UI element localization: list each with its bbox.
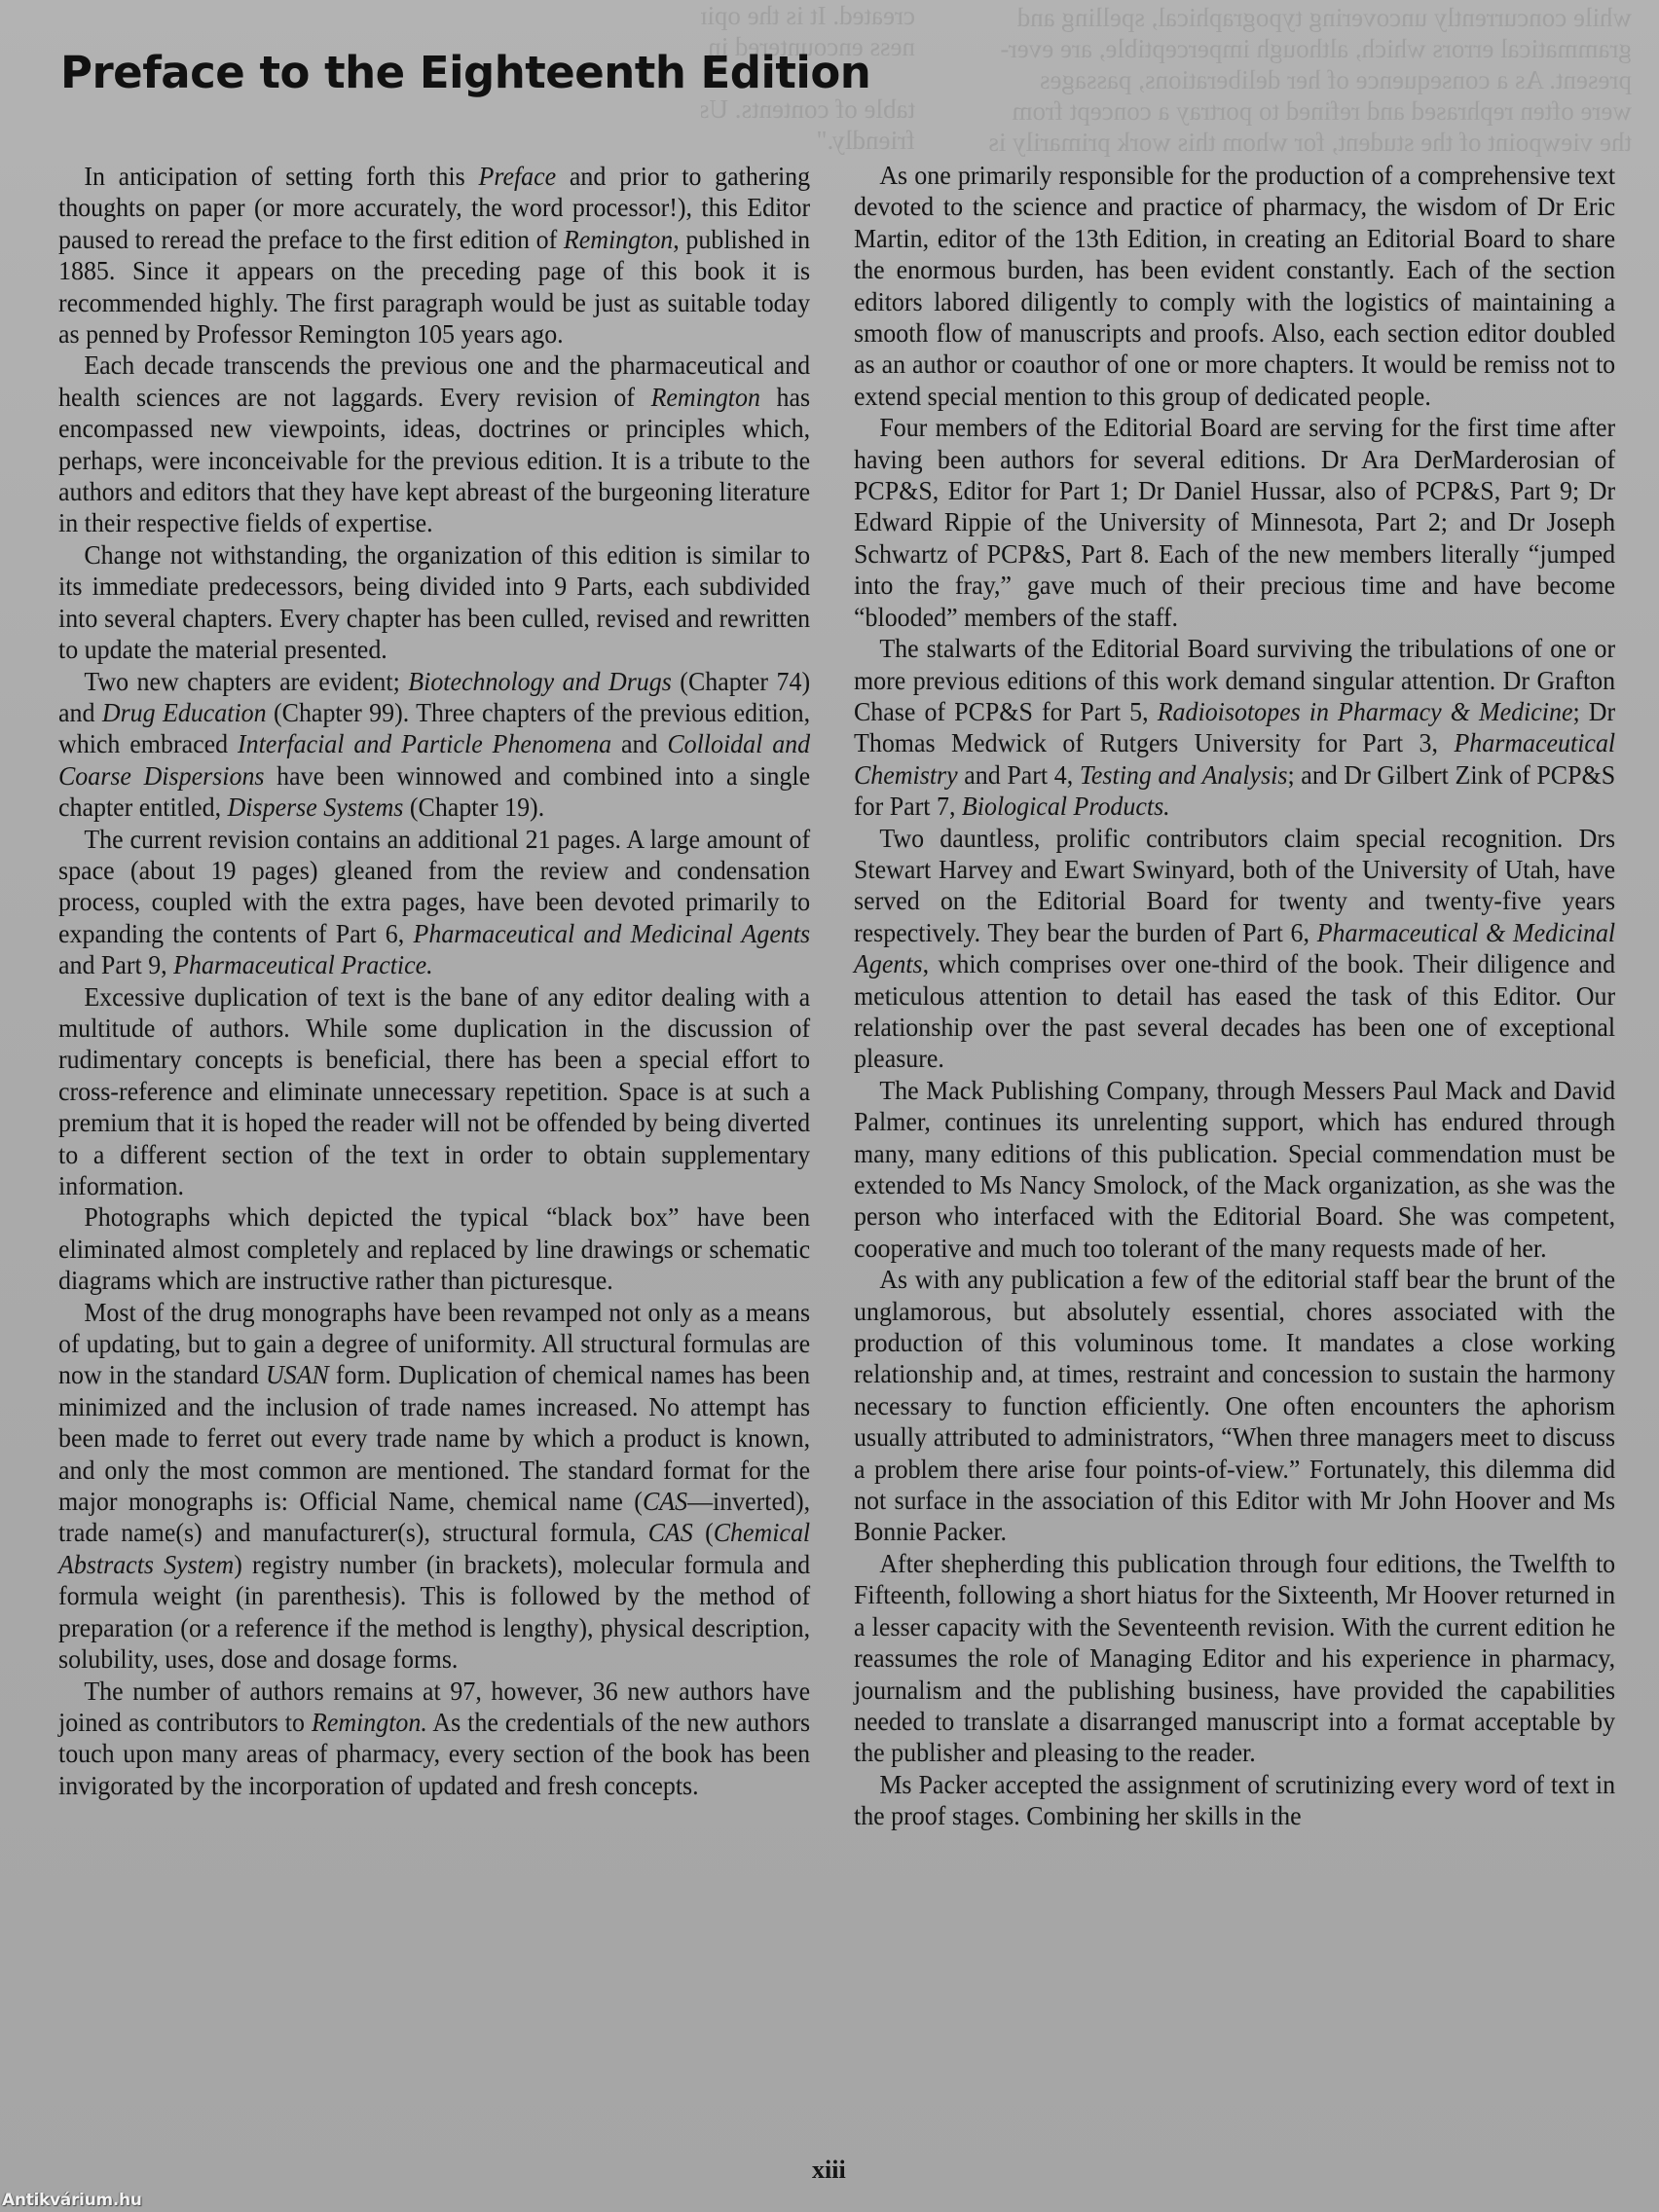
paragraph: After shepherding this publication throu…: [854, 1548, 1615, 1769]
body-text: In anticipation of setting forth this: [84, 161, 478, 191]
italic-title-text: CAS: [643, 1486, 687, 1516]
bleed-through-line: while concurrently uncovering typographi…: [853, 2, 1632, 33]
italic-title-text: Remington.: [312, 1707, 427, 1737]
body-text: Ms Packer accepted the assignment of scr…: [854, 1769, 1615, 1830]
paragraph: Each decade transcends the previous one …: [58, 350, 810, 538]
page-title: Preface to the Eighteenth Edition: [60, 47, 870, 98]
italic-title-text: Testing and Analysis: [1080, 759, 1288, 790]
paragraph: As one primarily responsible for the pro…: [854, 160, 1615, 412]
italic-title-text: Drug Education: [102, 697, 267, 727]
body-text: and: [611, 728, 667, 758]
body-text: Excessive duplication of text is the ban…: [58, 981, 810, 1200]
paragraph: Change not withstanding, the organizatio…: [58, 539, 810, 666]
bleed-through-line: created. It is the opinion of this Edito…: [701, 0, 915, 31]
paragraph: The number of authors remains at 97, how…: [58, 1676, 810, 1802]
left-text-column: In anticipation of setting forth this Pr…: [58, 161, 810, 1801]
paragraph: As with any publication a few of the edi…: [854, 1264, 1615, 1548]
italic-title-text: Biotechnology and Drugs: [408, 666, 672, 696]
paragraph: Ms Packer accepted the assignment of scr…: [854, 1769, 1615, 1832]
italic-title-text: Pharmaceutical and Medicinal Agents: [414, 918, 811, 948]
paragraph: Two new chapters are evident; Biotechnol…: [58, 666, 810, 824]
body-text: Four members of the Editorial Board are …: [854, 412, 1615, 631]
book-page: created. It is the opinion of this Edito…: [0, 0, 1659, 2212]
right-text-column: As one primarily responsible for the pro…: [854, 160, 1615, 1832]
bleed-through-line: the viewpoint of the student, for whom t…: [853, 127, 1632, 158]
paragraph: In anticipation of setting forth this Pr…: [58, 161, 810, 350]
body-text: As one primarily responsible for the pro…: [854, 160, 1615, 411]
body-text: Two new chapters are evident;: [84, 666, 408, 696]
italic-title-text: Remington: [651, 382, 760, 412]
italic-title-text: Interfacial and Particle Phenomena: [238, 728, 611, 758]
body-text: and Part 4,: [958, 759, 1080, 790]
bleed-through-line: were often rephrased and refined to port…: [853, 95, 1632, 127]
body-text: , which comprises over one-third of the …: [854, 948, 1615, 1073]
body-text: After shepherding this publication throu…: [854, 1548, 1615, 1767]
body-text: (: [693, 1517, 714, 1547]
paragraph: The stalwarts of the Editorial Board sur…: [854, 633, 1615, 822]
italic-title-text: Radioisotopes in Pharmacy & Medicine: [1158, 696, 1573, 726]
body-text: Photographs which depicted the typical “…: [58, 1201, 810, 1295]
italic-title-text: Disperse Systems: [228, 792, 404, 822]
italic-title-text: Remington: [564, 224, 673, 254]
watermark-logo: Antikvárium.hu: [2, 2191, 142, 2210]
paragraph: Most of the drug monographs have been re…: [58, 1297, 810, 1676]
paragraph: Photographs which depicted the typical “…: [58, 1201, 810, 1296]
italic-title-text: USAN: [266, 1359, 329, 1389]
italic-title-text: Preface: [478, 161, 556, 191]
body-text: and Part 9,: [58, 949, 173, 979]
paragraph: The current revision contains an additio…: [58, 824, 810, 981]
bleed-through-line: present. As a consequence of her deliber…: [853, 64, 1632, 95]
paragraph: Four members of the Editorial Board are …: [854, 412, 1615, 633]
page-number: xiii: [812, 2156, 846, 2185]
bleed-through-line: grammatical errors which, although imper…: [853, 33, 1632, 64]
paragraph: The Mack Publishing Company, through Mes…: [854, 1075, 1615, 1264]
bleed-through-line: friendly.": [701, 125, 915, 156]
body-text: The Mack Publishing Company, through Mes…: [854, 1075, 1615, 1263]
body-text: Change not withstanding, the organizatio…: [58, 539, 810, 664]
italic-title-text: Biological Products.: [962, 791, 1170, 821]
paragraph: Excessive duplication of text is the ban…: [58, 981, 810, 1202]
bleed-through-text-right: while concurrently uncovering typographi…: [853, 2, 1632, 158]
italic-title-text: CAS: [648, 1517, 693, 1547]
body-text: (Chapter 19).: [403, 792, 544, 822]
body-text: As with any publication a few of the edi…: [854, 1264, 1615, 1546]
paragraph: Two dauntless, prolific contributors cla…: [854, 823, 1615, 1075]
italic-title-text: Pharmaceutical Practice.: [173, 949, 433, 979]
